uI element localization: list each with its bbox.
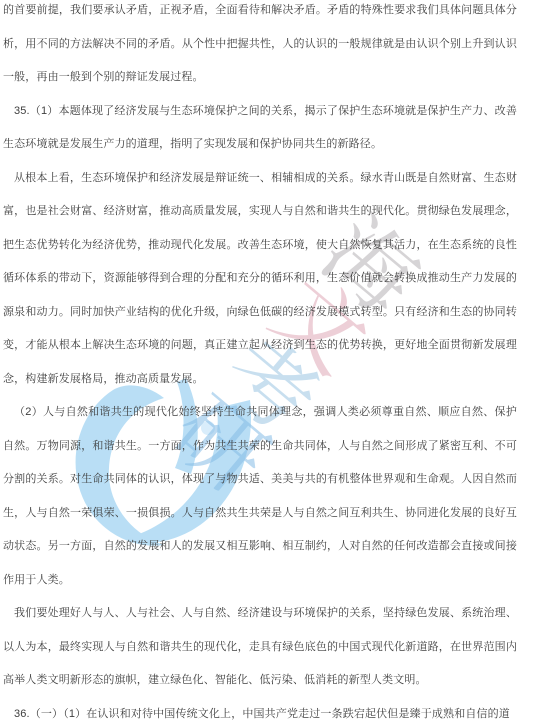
paragraph-answer-36-start: 36.（一）（1）在认识和对待中国传统文化上，中国共产党走过一条跌宕起伏但是臻于… xyxy=(3,698,517,724)
document-page: 的首要前提，我们要承认矛盾，正视矛盾，全面看待和解决矛盾。矛盾的特殊性要求我们具… xyxy=(3,0,517,724)
paragraph-answer-35-2: （2）人与自然和谐共生的现代化始终坚持生命共同体理念，强调人类必须尊重自然、顺应… xyxy=(3,396,517,597)
paragraph-answer-35-2-closing: 我们要处理好人与人、人与社会、人与自然、经济建设与环境保护的关系，坚持绿色发展、… xyxy=(3,597,517,698)
paragraph-answer-35-1: 35.（1）本题体现了经济发展与生态环境保护之间的关系，揭示了保护生态环境就是保… xyxy=(3,95,517,162)
paragraph-answer-35-1-body: 从根本上看，生态环境保护和经济发展是辩证统一、相辅相成的关系。绿水青山既是自然财… xyxy=(3,162,517,397)
paragraph-continuation: 的首要前提，我们要承认矛盾，正视矛盾，全面看待和解决矛盾。矛盾的特殊性要求我们具… xyxy=(3,0,517,95)
